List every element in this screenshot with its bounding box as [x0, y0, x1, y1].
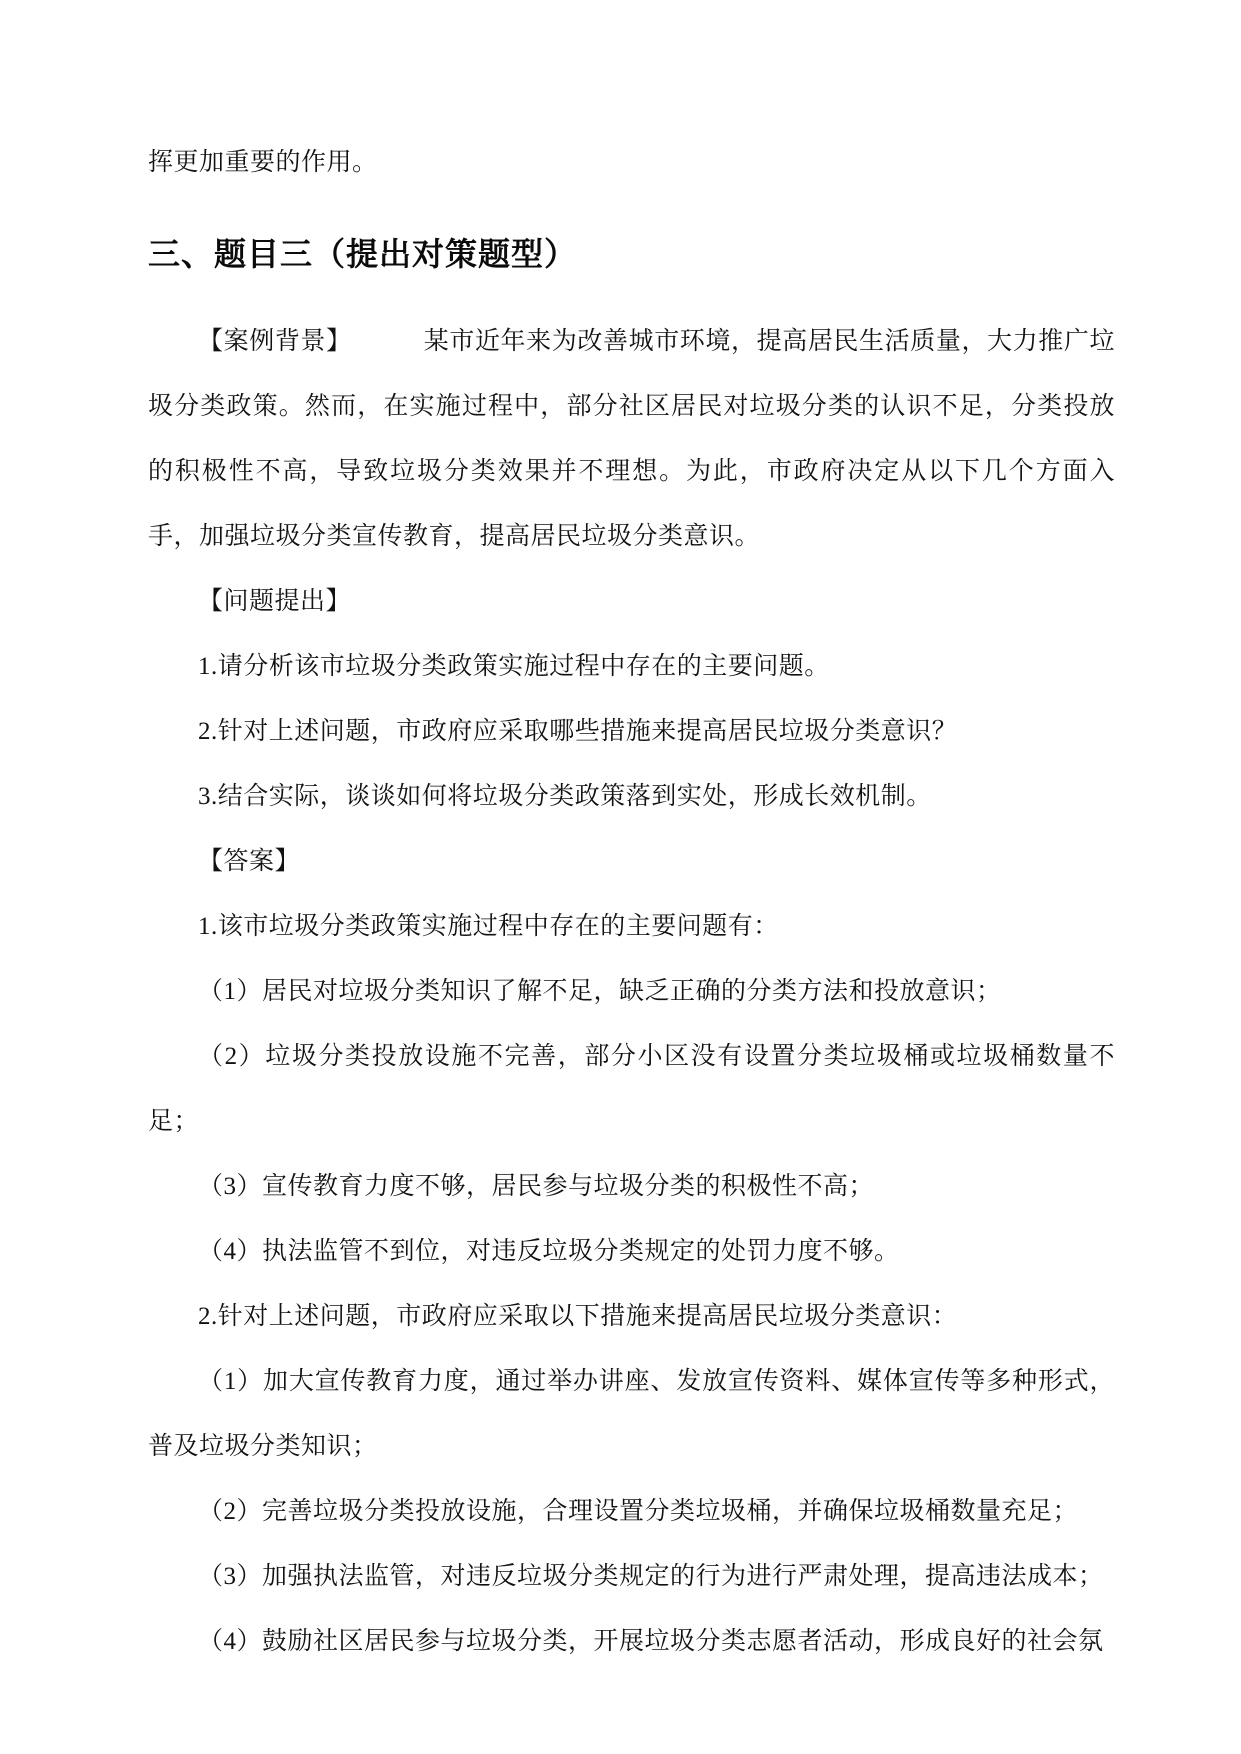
question-item-1: 1.请分析该市垃圾分类政策实施过程中存在的主要问题。 — [148, 634, 1115, 699]
question-item-3: 3.结合实际，谈谈如何将垃圾分类政策落到实处，形成长效机制。 — [148, 764, 1115, 829]
case-background-paragraph: 【案例背景】某市近年来为改善城市环境，提高居民生活质量，大力推广垃圾分类政策。然… — [148, 309, 1115, 569]
answer-measures-lead: 2.针对上述问题，市政府应采取以下措施来提高居民垃圾分类意识： — [148, 1284, 1115, 1349]
continuation-line: 挥更加重要的作用。 — [148, 130, 1115, 195]
case-background-label: 【案例背景】 — [198, 328, 352, 355]
answer-measure-3: （3）加强执法监管，对违反垃圾分类规定的行为进行严肃处理，提高违法成本； — [148, 1544, 1115, 1609]
case-background-text: 某市近年来为改善城市环境，提高居民生活质量，大力推广垃圾分类政策。然而，在实施过… — [148, 328, 1115, 550]
questions-label: 【问题提出】 — [148, 569, 1115, 634]
label-gap-spacer — [352, 348, 424, 349]
document-page: 挥更加重要的作用。 三、题目三（提出对策题型） 【案例背景】某市近年来为改善城市… — [0, 0, 1241, 1754]
question-item-2: 2.针对上述问题，市政府应采取哪些措施来提高居民垃圾分类意识？ — [148, 699, 1115, 764]
answer-measure-1: （1）加大宣传教育力度，通过举办讲座、发放宣传资料、媒体宣传等多种形式，普及垃圾… — [148, 1349, 1115, 1479]
answer-problem-3: （3）宣传教育力度不够，居民参与垃圾分类的积极性不高； — [148, 1154, 1115, 1219]
answer-problems-lead: 1.该市垃圾分类政策实施过程中存在的主要问题有： — [148, 894, 1115, 959]
answer-problem-4: （4）执法监管不到位，对违反垃圾分类规定的处罚力度不够。 — [148, 1219, 1115, 1284]
answer-measure-2: （2）完善垃圾分类投放设施，合理设置分类垃圾桶，并确保垃圾桶数量充足； — [148, 1479, 1115, 1544]
answer-measure-4: （4）鼓励社区居民参与垃圾分类，开展垃圾分类志愿者活动，形成良好的社会氛 — [148, 1609, 1115, 1674]
answer-problem-1: （1）居民对垃圾分类知识了解不足，缺乏正确的分类方法和投放意识； — [148, 959, 1115, 1024]
answer-problem-2: （2）垃圾分类投放设施不完善，部分小区没有设置分类垃圾桶或垃圾桶数量不足； — [148, 1024, 1115, 1154]
answer-label: 【答案】 — [148, 829, 1115, 894]
section-heading: 三、题目三（提出对策题型） — [148, 232, 1115, 276]
